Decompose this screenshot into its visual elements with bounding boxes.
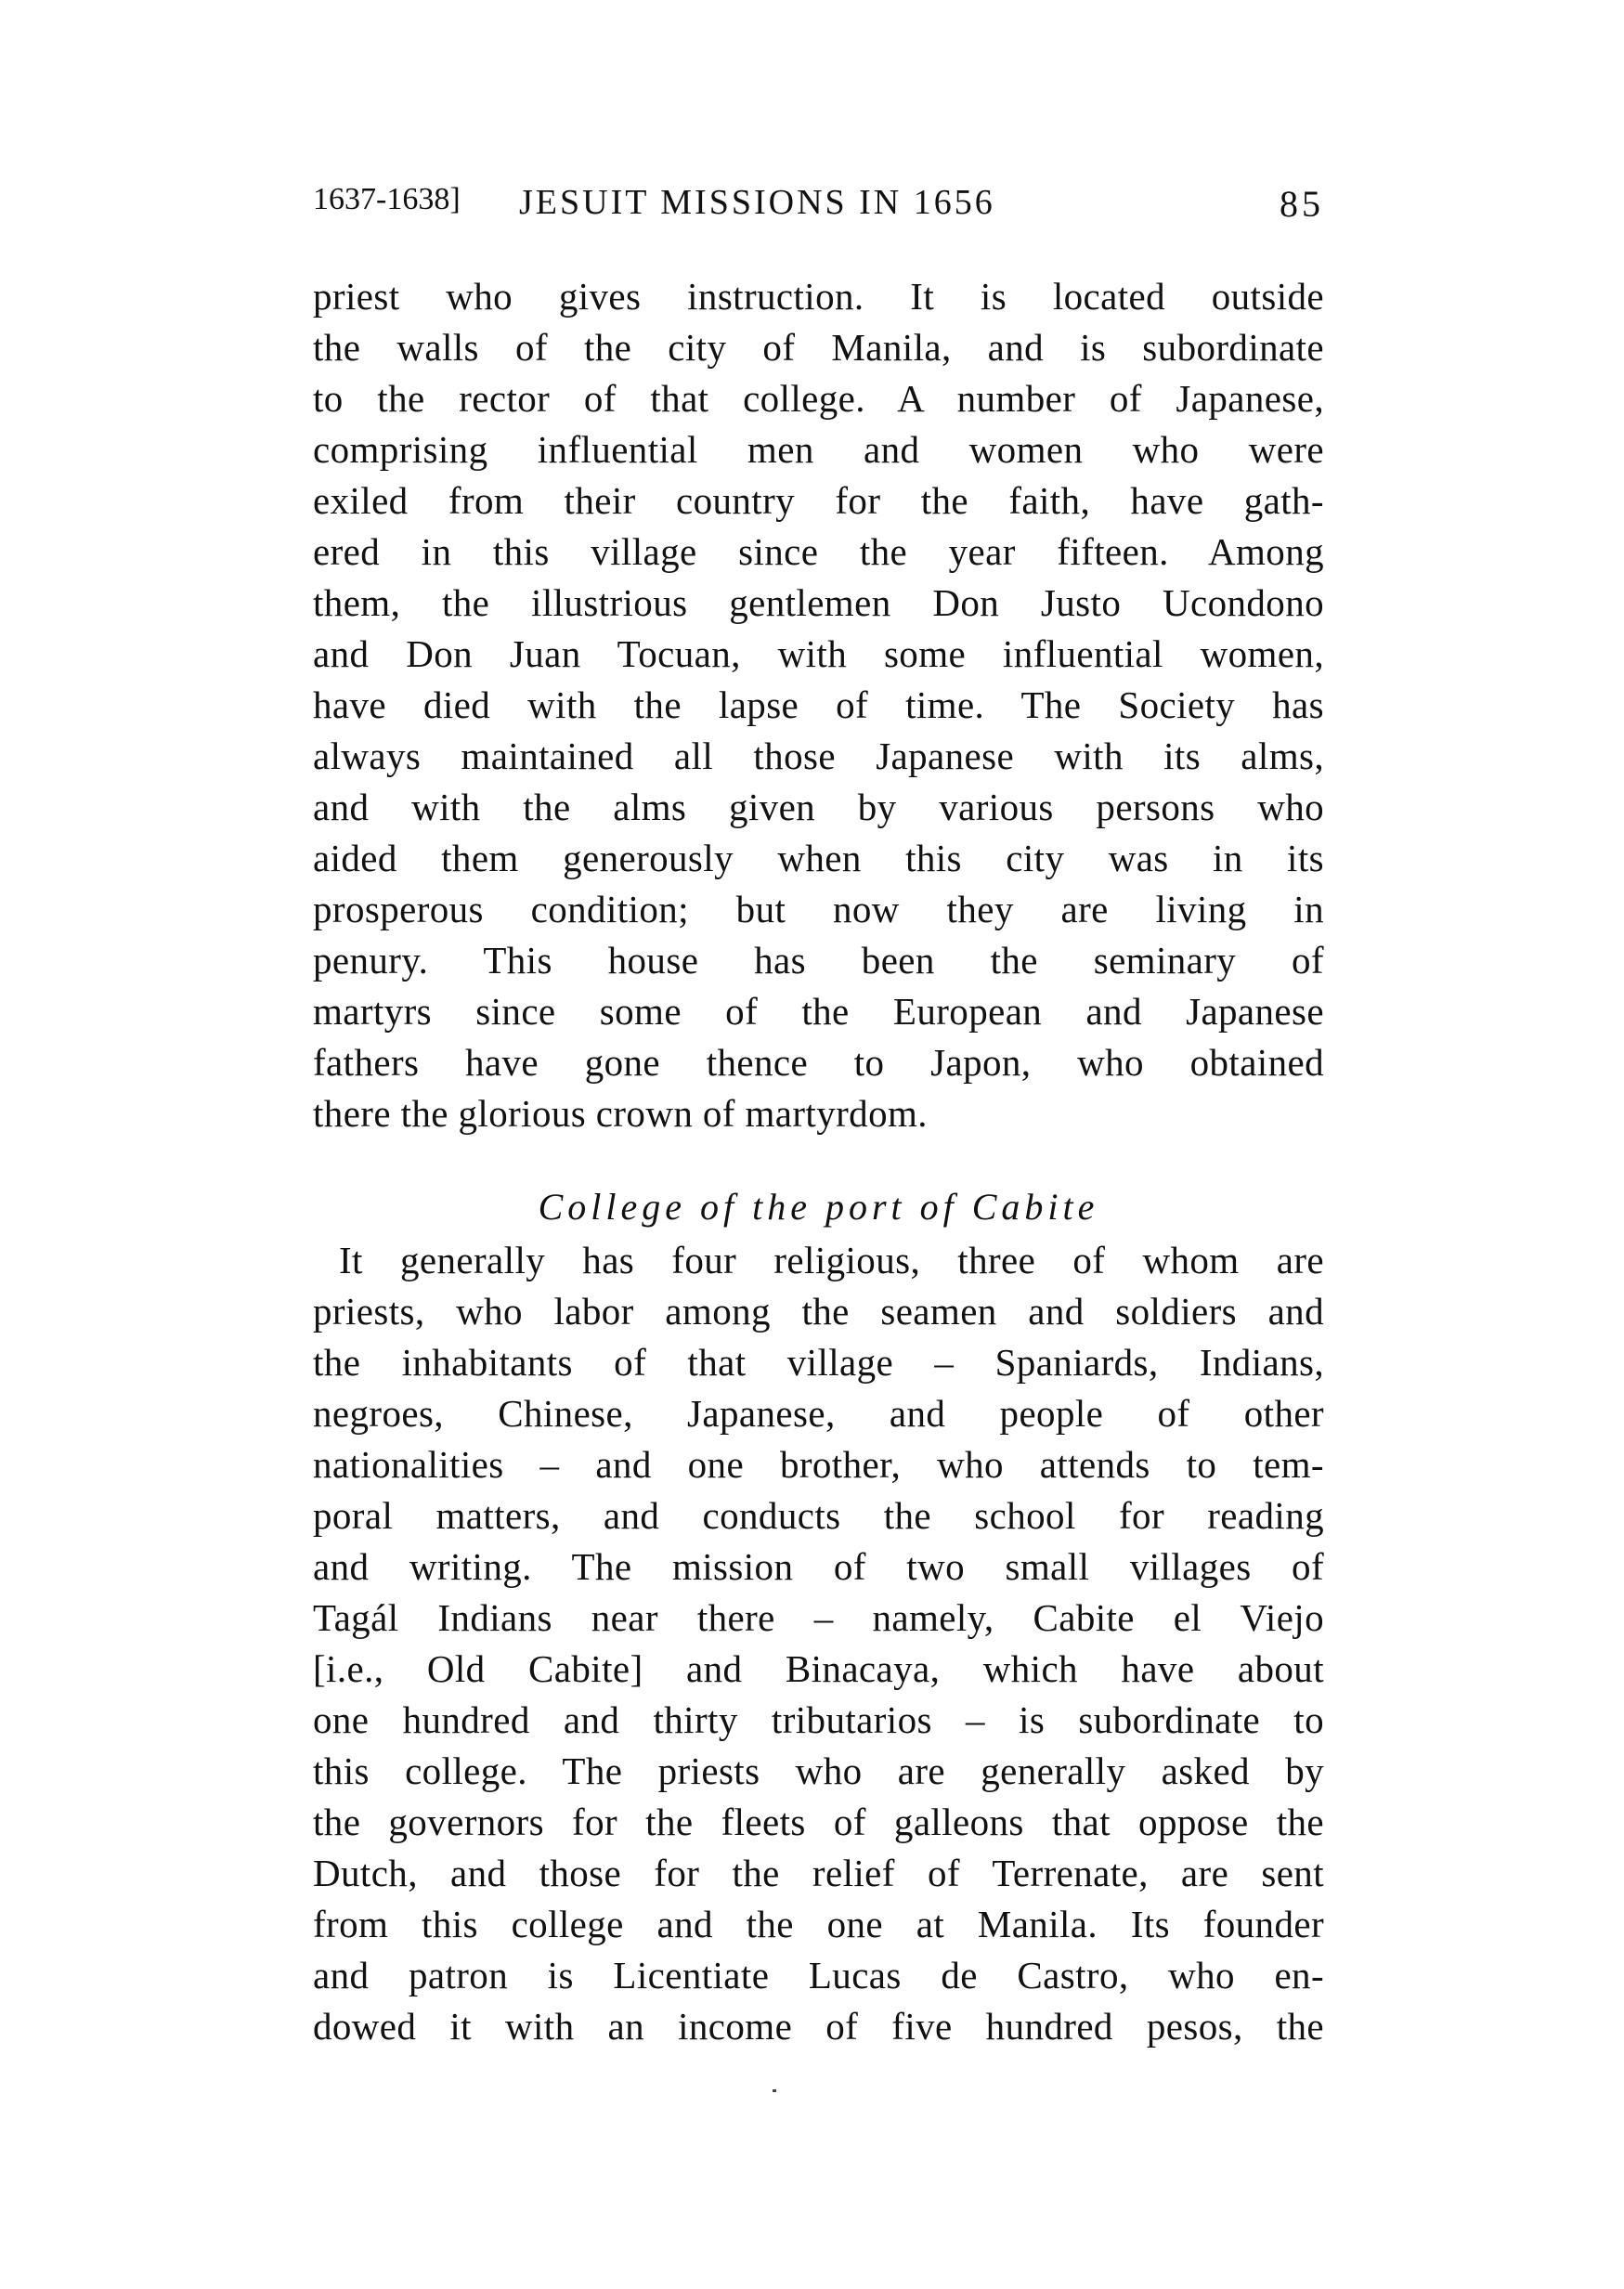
- text-line: comprising influential men and women who…: [313, 424, 1324, 475]
- text-line: from this college and the one at Manila.…: [313, 1899, 1324, 1950]
- text-line: one hundred and thirty tributarios – is …: [313, 1695, 1324, 1746]
- text-line: there the glorious crown of martyrdom.: [313, 1088, 1324, 1139]
- text-line: this college. The priests who are genera…: [313, 1746, 1324, 1797]
- text-line: and writing. The mission of two small vi…: [313, 1541, 1324, 1593]
- text-line: aided them generously when this city was…: [313, 833, 1324, 884]
- print-speck: [773, 2089, 776, 2092]
- text-line: the inhabitants of that village – Spania…: [313, 1337, 1324, 1388]
- text-line: exiled from their country for the faith,…: [313, 475, 1324, 527]
- text-line: ered in this village since the year fift…: [313, 527, 1324, 578]
- text-line: and with the alms given by various perso…: [313, 782, 1324, 833]
- text-line: priest who gives instruction. It is loca…: [313, 271, 1324, 322]
- section-heading: College of the port of Cabite: [313, 1181, 1324, 1232]
- text-line: Dutch, and those for the relief of Terre…: [313, 1848, 1324, 1899]
- text-line: It generally has four religious, three o…: [313, 1235, 1324, 1286]
- page-number: 85: [1280, 182, 1324, 226]
- running-head-title: JESUIT MISSIONS IN 1656: [519, 182, 995, 223]
- text-line: Tagál Indians near there – namely, Cabit…: [313, 1593, 1324, 1644]
- text-line: the governors for the fleets of galleons…: [313, 1797, 1324, 1848]
- text-line: the walls of the city of Manila, and is …: [313, 322, 1324, 373]
- text-line: martyrs since some of the European and J…: [313, 986, 1324, 1037]
- text-line: poral matters, and conducts the school f…: [313, 1490, 1324, 1541]
- text-line: and Don Juan Tocuan, with some influenti…: [313, 629, 1324, 680]
- text-line: dowed it with an income of five hundred …: [313, 2001, 1324, 2052]
- text-line: always maintained all those Japanese wit…: [313, 731, 1324, 782]
- text-line: to the rector of that college. A number …: [313, 373, 1324, 424]
- text-line: them, the illustrious gentlemen Don Just…: [313, 578, 1324, 629]
- text-line: have died with the lapse of time. The So…: [313, 680, 1324, 731]
- text-line: [i.e., Old Cabite] and Binacaya, which h…: [313, 1644, 1324, 1695]
- text-line: negroes, Chinese, Japanese, and people o…: [313, 1388, 1324, 1439]
- running-head: 1637-1638] JESUIT MISSIONS IN 1656 85: [313, 182, 1324, 227]
- text-line: prosperous condition; but now they are l…: [313, 884, 1324, 935]
- paragraph-2: It generally has four religious, three o…: [313, 1235, 1324, 2052]
- text-line: penury. This house has been the seminary…: [313, 935, 1324, 986]
- text-line: fathers have gone thence to Japon, who o…: [313, 1037, 1324, 1088]
- paragraph-1: priest who gives instruction. It is loca…: [313, 271, 1324, 1139]
- text-line: and patron is Licentiate Lucas de Castro…: [313, 1950, 1324, 2001]
- running-head-date-range: 1637-1638]: [313, 182, 461, 217]
- text-line: priests, who labor among the seamen and …: [313, 1286, 1324, 1337]
- text-line: nationalities – and one brother, who att…: [313, 1439, 1324, 1490]
